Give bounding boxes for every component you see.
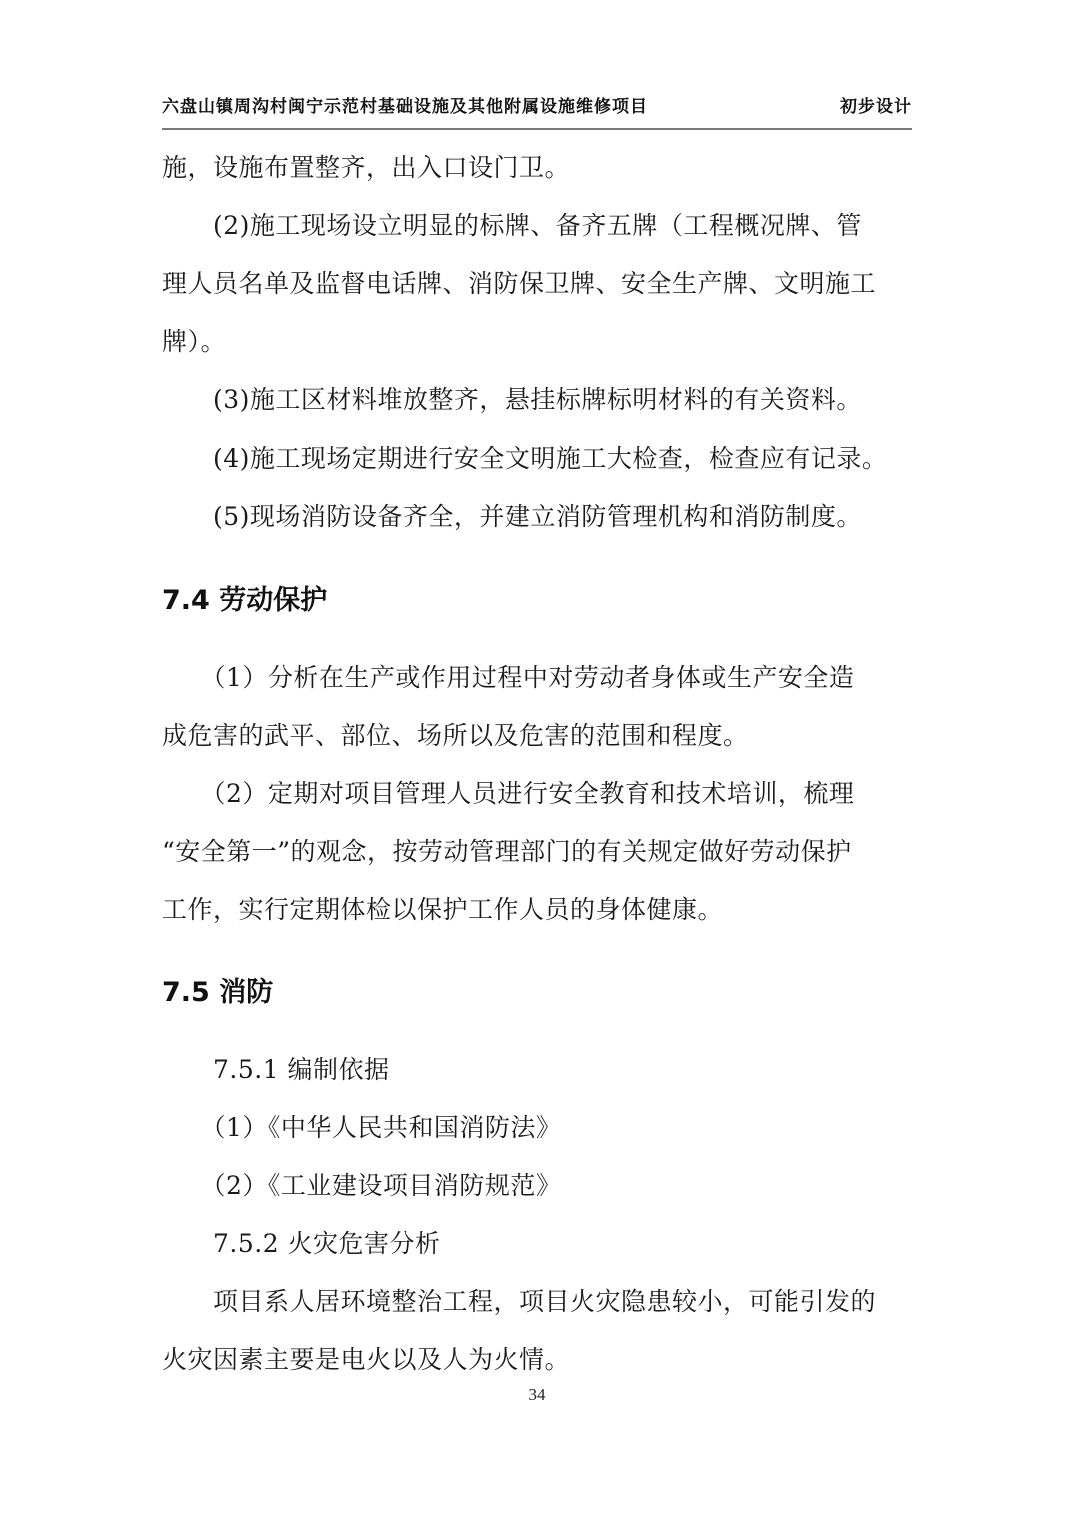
- paragraph-line: 工作，实行定期体检以保护工作人员的身体健康。: [162, 881, 914, 939]
- section-heading-7-5: 7.5 消防: [162, 970, 273, 1009]
- paragraph-line: 理人员名单及监督电话牌、消防保卫牌、安全生产牌、文明施工: [162, 255, 914, 313]
- paragraph-line: 成危害的武平、部位、场所以及危害的范围和程度。: [162, 707, 914, 765]
- reference-item: （1）《中华人民共和国消防法》: [162, 1099, 914, 1157]
- section-heading-7-4: 7.4 劳动保护: [162, 578, 327, 617]
- document-title: 六盘山镇周沟村闽宁示范村基础设施及其他附属设施维修项目: [162, 92, 648, 117]
- subsection-heading-7-5-1: 7.5.1 编制依据: [162, 1041, 914, 1099]
- paragraph-line: (3)施工区材料堆放整齐，悬挂标牌标明材料的有关资料。: [162, 371, 914, 429]
- paragraph-line: (4)施工现场定期进行安全文明施工大检查，检查应有记录。: [162, 430, 914, 488]
- paragraph-line: “安全第一”的观念，按劳动管理部门的有关规定做好劳动保护: [162, 823, 914, 881]
- page-number: 34: [0, 1385, 1074, 1405]
- paragraph-line: 施，设施布置整齐，出入口设门卫。: [162, 139, 914, 197]
- paragraph-line: 火灾因素主要是电火以及人为火情。: [162, 1331, 914, 1389]
- reference-item: （2）《工业建设项目消防规范》: [162, 1157, 914, 1215]
- paragraph-line: 牌）。: [162, 313, 914, 371]
- page-header: 六盘山镇周沟村闽宁示范村基础设施及其他附属设施维修项目 初步设计: [162, 92, 912, 122]
- design-stage-label: 初步设计: [840, 92, 912, 117]
- paragraph-line: 项目系人居环境整治工程，项目火灾隐患较小，可能引发的: [162, 1273, 914, 1331]
- subsection-heading-7-5-2: 7.5.2 火灾危害分析: [162, 1215, 914, 1273]
- header-divider: [162, 128, 912, 130]
- paragraph-line: (2)施工现场设立明显的标牌、备齐五牌（工程概况牌、管: [162, 197, 914, 255]
- paragraph-line: (5)现场消防设备齐全，并建立消防管理机构和消防制度。: [162, 488, 914, 546]
- paragraph-line: （2）定期对项目管理人员进行安全教育和技术培训，梳理: [162, 765, 914, 823]
- paragraph-line: （1）分析在生产或作用过程中对劳动者身体或生产安全造: [162, 649, 914, 707]
